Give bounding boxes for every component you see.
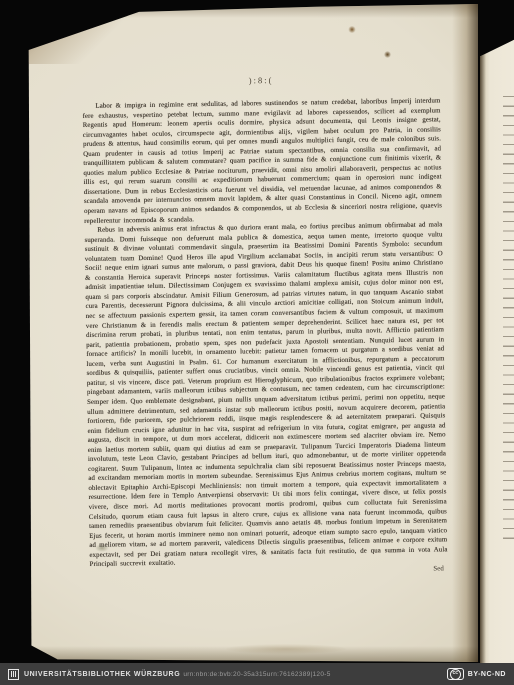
creative-commons-icon: cc xyxy=(447,668,464,680)
license-badge: cc BY-NC-ND xyxy=(447,668,506,680)
page-number: ):8:( xyxy=(82,72,440,88)
library-name: UNIVERSITÄTSBIBLIOTHEK WÜRZBURG xyxy=(24,671,180,678)
page-top-edge-shadow xyxy=(26,4,478,18)
page-fold-shadow xyxy=(480,0,486,663)
foxing-stain xyxy=(348,26,356,33)
scanned-page: ):8:( Labor & impigra in regimine erat s… xyxy=(26,4,478,662)
page-bottom-edge-shadow xyxy=(26,646,478,662)
book-scan: ):8:( Labor & impigra in regimine erat s… xyxy=(0,0,514,685)
paragraph: Rebus in adversis animus erat infractus … xyxy=(84,220,447,569)
cropped-text-edge xyxy=(503,96,514,542)
paragraph: Labor & impigra in regimine erat sedulit… xyxy=(82,96,442,226)
library-branding: UNIVERSITÄTSBIBLIOTHEK WÜRZBURG xyxy=(8,669,180,680)
book-gutter-shadow xyxy=(452,4,478,662)
printed-text-block: ):8:( Labor & impigra in regimine erat s… xyxy=(82,72,448,577)
urn-identifier: urn:nbn:de:bvb:20-35a315urn:76162389|120… xyxy=(183,671,330,678)
viewer-footer-bar: UNIVERSITÄTSBIBLIOTHEK WÜRZBURG urn:nbn:… xyxy=(0,663,514,685)
facing-page-edge xyxy=(480,0,514,663)
license-type: BY-NC-ND xyxy=(468,671,506,678)
library-logo-icon xyxy=(8,669,19,680)
foxing-stain xyxy=(384,51,391,58)
body-text: Labor & impigra in regimine erat sedulit… xyxy=(82,96,447,569)
